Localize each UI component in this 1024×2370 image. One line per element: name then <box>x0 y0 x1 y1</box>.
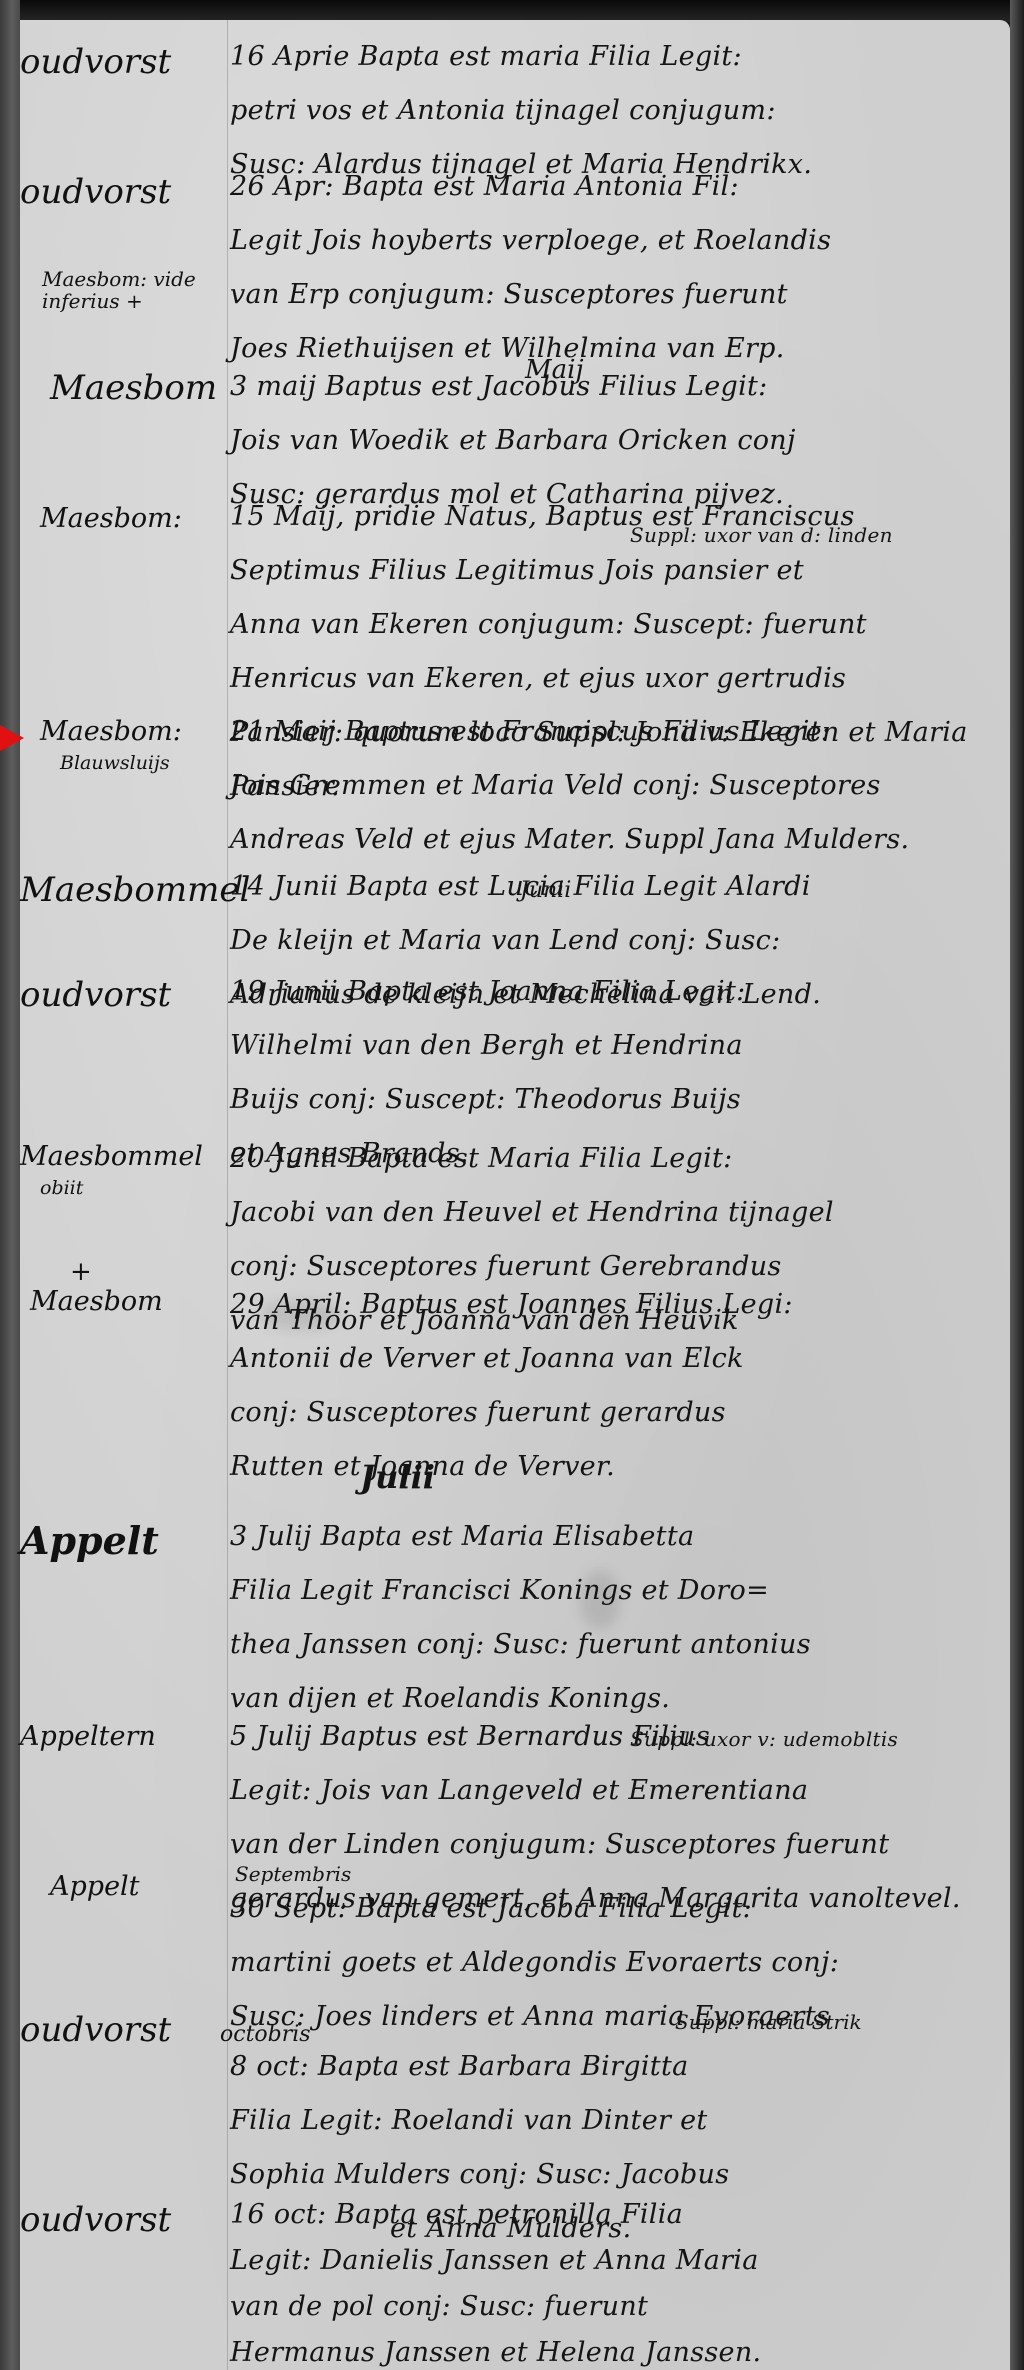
entry-line: Filia Legit: Roelandi van Dinter et <box>230 2094 990 2148</box>
margin-place: oudvorst <box>20 44 220 81</box>
entry-line: petri vos et Antonia tijnagel conjugum: <box>230 84 990 138</box>
entry-line: 8 oct: Bapta est Barbara Birgitta <box>230 2040 990 2094</box>
entry-line: Jois Gremmen et Maria Veld conj: Suscept… <box>230 759 990 813</box>
scan-frame-top <box>0 0 1024 22</box>
margin-place: oudvorst <box>20 2012 220 2049</box>
entry-line: Henricus van Ekeren, et ejus uxor gertru… <box>230 652 990 706</box>
entry-line: 15 Maij, pridie Natus, Baptus est Franci… <box>230 490 990 544</box>
entry-line: Susc: Joes linders et Anna maria Evoraer… <box>230 1990 990 2044</box>
entry-line: Filia Legit Francisci Konings et Doro= <box>230 1564 990 1618</box>
entry-line: 21 Maij Baptus est Franciscus Filius Leg… <box>230 705 990 759</box>
margin-place: oudvorst <box>20 977 220 1014</box>
register-page: oudvorst 16 Aprie Bapta est maria Filia … <box>20 20 1010 2370</box>
margin-place: Maesbommel <box>20 872 220 909</box>
entry-line: Andreas Veld et ejus Mater. Suppl Jana M… <box>230 813 990 867</box>
entry-line: De kleijn et Maria van Lend conj: Susc: <box>230 914 990 968</box>
entry-text: 26 Apr: Bapta est Maria Antonia Fil: Leg… <box>230 160 990 376</box>
margin-note: Maesbom: vide inferius + <box>20 268 242 312</box>
entry-line: 19 Junii Bapta est Joanna Filia Legit: <box>230 965 990 1019</box>
entry-line: 14 Junii Bapta est Lucia Filia Legit Ala… <box>230 860 990 914</box>
cross-mark: + <box>30 1258 230 1287</box>
entry-line: Antonii de Verver et Joanna van Elck <box>230 1332 990 1386</box>
margin-place: oudvorst <box>20 174 220 211</box>
margin-place: Appeltern <box>20 1722 220 1752</box>
entry-text: 16 oct: Bapta est petronilla Filia Legit… <box>230 2192 990 2370</box>
entry-line: van Erp conjugum: Susceptores fuerunt <box>230 268 990 322</box>
margin-place: Maesbom: <box>20 504 240 534</box>
entry-line: Anna van Ekeren conjugum: Suscept: fueru… <box>230 598 990 652</box>
scan-frame-left <box>0 0 20 2370</box>
entry-line: 26 Apr: Bapta est Maria Antonia Fil: <box>230 160 990 214</box>
month-heading: Julii <box>360 1458 435 1496</box>
entry-line: Legit: Jois van Langeveld et Emerentiana <box>230 1764 990 1818</box>
supplement-note: Suppl: maria Strik <box>675 2010 862 2034</box>
entry-line: thea Janssen conj: Susc: fuerunt antoniu… <box>230 1618 990 1672</box>
entry-marker-arrow-icon <box>0 725 24 751</box>
margin-place: Appelt <box>20 1520 220 1562</box>
entry-line: van de pol conj: Susc: fuerunt <box>230 2284 990 2330</box>
entry-line: Legit Jois hoyberts verploege, et Roelan… <box>230 214 990 268</box>
entry-line: Hermanus Janssen et Helena Janssen. <box>230 2330 990 2370</box>
entry-line: martini goets et Aldegondis Evoraerts co… <box>230 1936 990 1990</box>
margin-place: Maesbom: Blauwsluijs <box>20 717 240 774</box>
entry-line: 3 maij Baptus est Jacobus Filius Legit: <box>230 360 990 414</box>
entry-line: 29 April: Baptus est Joannes Filius Legi… <box>230 1278 990 1332</box>
entry-line: Septimus Filius Legitimus Jois pansier e… <box>230 544 990 598</box>
entry-line: 16 Aprie Bapta est maria Filia Legit: <box>230 30 990 84</box>
entry-text: 29 April: Baptus est Joannes Filius Legi… <box>230 1278 990 1494</box>
entry-line: Jois van Woedik et Barbara Oricken conj <box>230 414 990 468</box>
entry-line: Legit: Danielis Janssen et Anna Maria <box>230 2238 990 2284</box>
entry-line: 3 Julij Bapta est Maria Elisabetta <box>230 1510 990 1564</box>
margin-place: + Maesbom <box>20 1258 230 1316</box>
scan-frame-right <box>1010 0 1024 2370</box>
entry-line: Jacobi van den Heuvel et Hendrina tijnag… <box>230 1186 990 1240</box>
margin-place: Maesbom <box>20 370 250 407</box>
margin-place: Maesbommel obiit <box>20 1142 220 1199</box>
margin-place: oudvorst <box>20 2202 220 2239</box>
entry-line: conj: Susceptores fuerunt gerardus <box>230 1386 990 1440</box>
entry-line: Buijs conj: Suscept: Theodorus Buijs <box>230 1073 990 1127</box>
entry-line: 16 oct: Bapta est petronilla Filia <box>230 2192 990 2238</box>
entry-text: 21 Maij Baptus est Franciscus Filius Leg… <box>230 705 990 867</box>
entry-line: 5 Julij Baptus est Bernardus Filius <box>230 1710 990 1764</box>
margin-place: Appelt <box>20 1872 250 1902</box>
entry-line: Rutten et Joanna de Verver. <box>230 1440 990 1494</box>
entry-text: 30 Sept: Bapta est Jacoba Filia Legit: m… <box>230 1882 990 2044</box>
entry-line: 20 Junii Bapta est Maria Filia Legit: <box>230 1132 990 1186</box>
entry-line: 30 Sept: Bapta est Jacoba Filia Legit: <box>230 1882 990 1936</box>
entry-line: Wilhelmi van den Bergh et Hendrina <box>230 1019 990 1073</box>
